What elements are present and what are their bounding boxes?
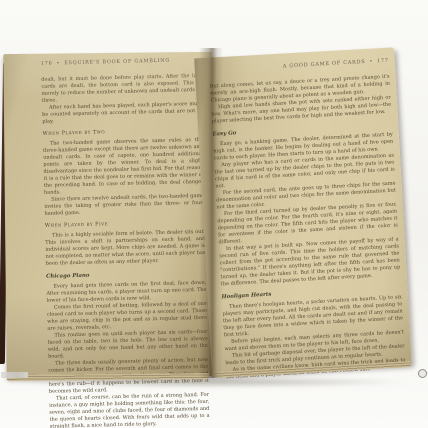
paragraph: In that way a pot is built up. Now comes… <box>219 236 401 288</box>
paragraph: This is a highly sociable form of belote… <box>45 229 206 268</box>
corner-badge-icon <box>418 369 427 378</box>
right-page-number: 177 <box>377 58 389 66</box>
paragraph: After each hand has been played, each pl… <box>42 101 202 126</box>
paragraph: This routine goes on until each player h… <box>47 329 208 361</box>
section-heading: When Played by Five <box>45 219 205 230</box>
paragraph: dealt, but it must be done before play s… <box>41 73 202 105</box>
game-heading: Chicago Piano <box>46 270 206 281</box>
book-photo: 176 • ESQUIRE'S BOOK OF GAMBLING dealt, … <box>0 0 428 428</box>
section-heading: When Played by Two <box>43 127 203 138</box>
paragraph: The two-handed game observes the same ru… <box>43 137 204 197</box>
watermark <box>1 372 28 378</box>
paragraph: That card, of course, can be the ruin of… <box>49 392 210 428</box>
left-running-title: ESQUIRE'S BOOK OF GAMBLING <box>64 58 170 68</box>
right-running-title: A GOOD GAME OF CARDS <box>283 59 366 71</box>
paragraph: Since there are twelve undealt cards, th… <box>44 193 204 218</box>
paragraph: Comes the first round of betting, follow… <box>47 301 208 333</box>
right-page-content: A GOOD GAME OF CARDS • 177 But along com… <box>209 58 406 382</box>
right-page: A GOOD GAME OF CARDS • 177 But along com… <box>194 47 411 376</box>
bullet-separator: • <box>369 59 373 66</box>
left-running-header: 176 • ESQUIRE'S BOOK OF GAMBLING <box>41 57 201 68</box>
left-page-number: 176 <box>41 61 53 68</box>
bullet-separator: • <box>56 60 60 67</box>
right-running-header: A GOOD GAME OF CARDS • 177 <box>209 58 389 75</box>
left-page: 176 • ESQUIRE'S BOOK OF GAMBLING dealt, … <box>3 52 214 378</box>
